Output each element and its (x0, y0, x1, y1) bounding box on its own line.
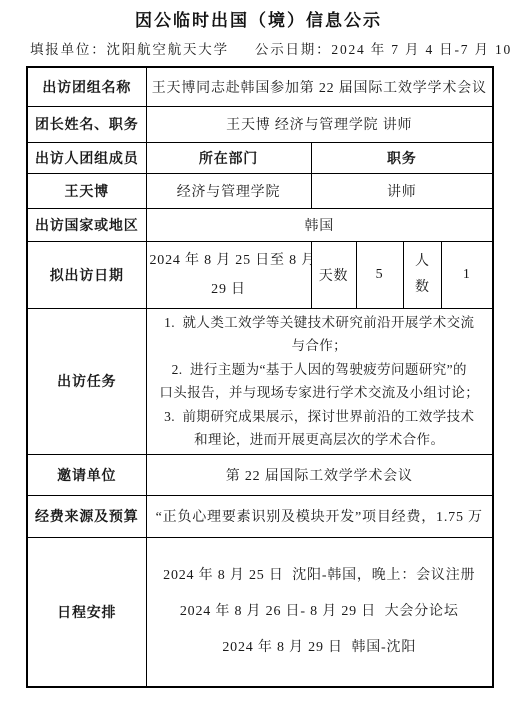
schedule-line-1: 2024 年 8 月 25 日 沈阳-韩国，晚上：会议注册 (150, 558, 490, 594)
tasks-value: 1. 就人类工效学等关键技术研究前沿开展学术交流 与合作； 2. 进行主题为“基… (146, 308, 493, 454)
members-label: 出访人团组成员 (27, 142, 146, 173)
dates-value: 2024 年 8 月 25 日至 8 月 29 日 (146, 241, 311, 308)
country-value: 韩国 (146, 208, 493, 241)
task-line-4: 口头报告，并与现场专家进行学术交流及小组讨论； (150, 381, 490, 405)
row-leader: 团长姓名、职务 王天博 经济与管理学院 讲师 (27, 106, 493, 142)
row-tasks: 出访任务 1. 就人类工效学等关键技术研究前沿开展学术交流 与合作； 2. 进行… (27, 308, 493, 454)
row-inviter: 邀请单位 第 22 届国际工效学学术会议 (27, 454, 493, 495)
row-budget: 经费来源及预算 “正负心理要素识别及模块开发”项目经费，1.75 万 (27, 495, 493, 537)
tasks-label: 出访任务 (27, 308, 146, 454)
leader-value: 王天博 经济与管理学院 讲师 (146, 106, 493, 142)
row-schedule: 日程安排 2024 年 8 月 25 日 沈阳-韩国，晚上：会议注册 2024 … (27, 537, 493, 687)
schedule-label: 日程安排 (27, 537, 146, 687)
row-members-header: 出访人团组成员 所在部门 职务 (27, 142, 493, 173)
group-name-value: 王天博同志赴韩国参加第 22 届国际工效学学术会议 (146, 67, 493, 106)
notice-table: 出访团组名称 王天博同志赴韩国参加第 22 届国际工效学学术会议 团长姓名、职务… (26, 66, 494, 688)
schedule-line-3: 2024 年 8 月 29 日 韩国-沈阳 (150, 630, 490, 666)
dates-value-line1: 2024 年 8 月 25 日至 8 月 (150, 246, 308, 275)
member-post: 讲师 (311, 173, 493, 208)
days-value: 5 (356, 241, 403, 308)
task-line-1: 1. 就人类工效学等关键技术研究前沿开展学术交流 (150, 311, 490, 335)
post-header: 职务 (311, 142, 493, 173)
meta-line: 填报单位：沈阳航空航天大学 公示日期：2024 年 7 月 4 日-7 月 10… (30, 38, 497, 58)
days-label: 天数 (311, 241, 356, 308)
dates-value-line2: 29 日 (150, 275, 308, 304)
task-line-3: 2. 进行主题为“基于人因的驾驶疲劳问题研究”的 (150, 358, 490, 382)
publish-date: 公示日期：2024 年 7 月 4 日-7 月 10 日 (255, 38, 517, 58)
leader-label: 团长姓名、职务 (27, 106, 146, 142)
row-dates: 拟出访日期 2024 年 8 月 25 日至 8 月 29 日 天数 5 人数 … (27, 241, 493, 308)
task-line-2: 与合作； (150, 334, 490, 358)
people-value: 1 (441, 241, 493, 308)
budget-label: 经费来源及预算 (27, 495, 146, 537)
country-label: 出访国家或地区 (27, 208, 146, 241)
schedule-line-2: 2024 年 8 月 26 日- 8 月 29 日 大会分论坛 (150, 594, 490, 630)
group-name-label: 出访团组名称 (27, 67, 146, 106)
task-line-5: 3. 前期研究成果展示，探讨世界前沿的工效学技术 (150, 405, 490, 429)
member-name: 王天博 (27, 173, 146, 208)
inviter-label: 邀请单位 (27, 454, 146, 495)
task-line-6: 和理论，进而开展更高层次的学术合作。 (150, 428, 490, 452)
row-member-1: 王天博 经济与管理学院 讲师 (27, 173, 493, 208)
member-dept: 经济与管理学院 (146, 173, 311, 208)
report-unit: 填报单位：沈阳航空航天大学 (30, 38, 229, 58)
people-label: 人数 (403, 241, 441, 308)
dept-header: 所在部门 (146, 142, 311, 173)
row-group-name: 出访团组名称 王天博同志赴韩国参加第 22 届国际工效学学术会议 (27, 67, 493, 106)
document-page: 因公临时出国（境）信息公示 填报单位：沈阳航空航天大学 公示日期：2024 年 … (0, 0, 517, 703)
row-country: 出访国家或地区 韩国 (27, 208, 493, 241)
page-title: 因公临时出国（境）信息公示 (0, 6, 517, 31)
schedule-value: 2024 年 8 月 25 日 沈阳-韩国，晚上：会议注册 2024 年 8 月… (146, 537, 493, 687)
inviter-value: 第 22 届国际工效学学术会议 (146, 454, 493, 495)
budget-value: “正负心理要素识别及模块开发”项目经费，1.75 万 (146, 495, 493, 537)
people-label-text: 人数 (414, 249, 429, 301)
dates-label: 拟出访日期 (27, 241, 146, 308)
